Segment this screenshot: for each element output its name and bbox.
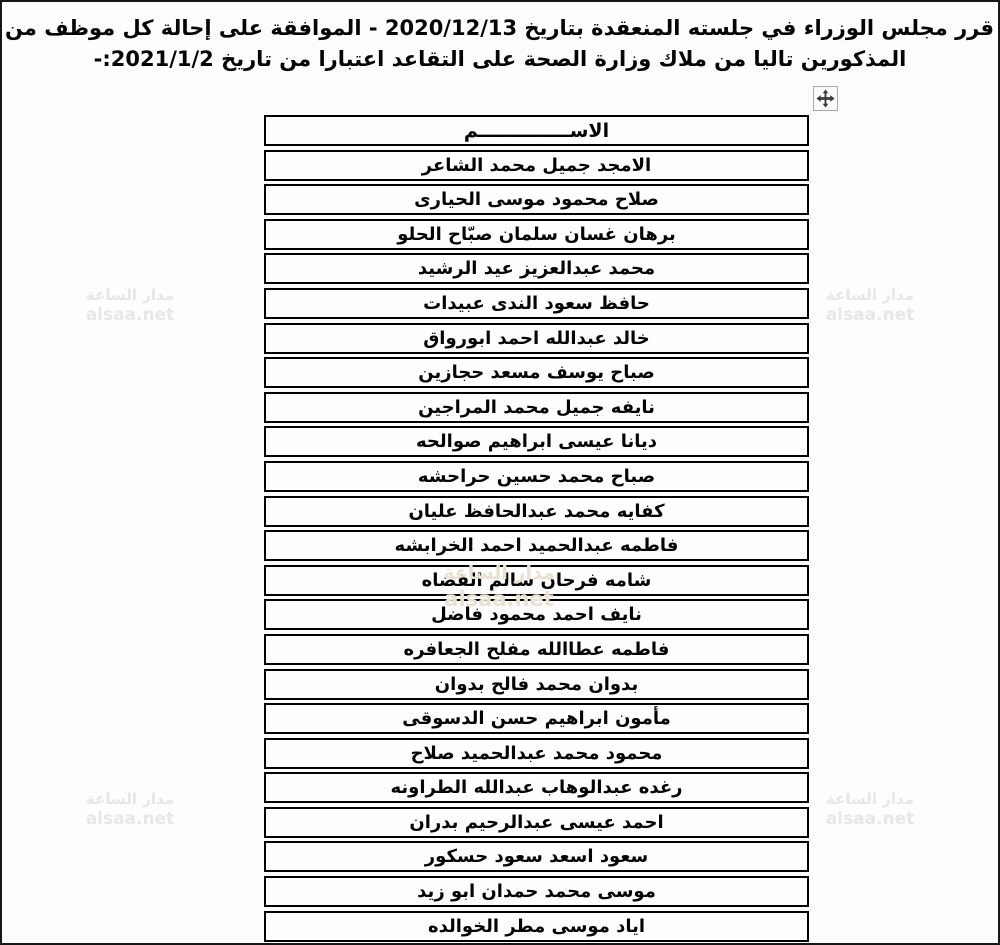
table-row: بدوان محمد فالح بدوان (264, 669, 809, 700)
table-row: فاطمه عبدالحميد احمد الخرابشه (264, 530, 809, 561)
table-row: نايف احمد محمود فاضل (264, 599, 809, 630)
table-row: اياد موسى مطر الخوالده (264, 911, 809, 942)
watermark: مدار الساعة alsaa.net (78, 285, 182, 325)
intro-line-2: المذكورين تاليا من ملاك وزارة الصحة على … (6, 44, 994, 75)
table-row: محمد عبدالعزيز عيد الرشيد (264, 253, 809, 284)
table-row: محمود محمد عبدالحميد صلاح (264, 738, 809, 769)
table-row: الامجد جميل محمد الشاعر (264, 150, 809, 181)
document-page: قرر مجلس الوزراء في جلسته المنعقدة بتاري… (0, 0, 1000, 945)
watermark-url-text: alsaa.net (818, 305, 922, 325)
move-arrows-icon (816, 89, 835, 108)
table-row: سعود اسعد سعود حسكور (264, 841, 809, 872)
table-row: حافظ سعود الندى عبيدات (264, 288, 809, 319)
watermark: مدار الساعة alsaa.net (818, 789, 922, 829)
table-row: ديانا عيسى ابراهيم صوالحه (264, 426, 809, 457)
intro-paragraph: قرر مجلس الوزراء في جلسته المنعقدة بتاري… (6, 13, 994, 75)
table-row: برهان غسان سلمان صبّاح الحلو (264, 219, 809, 250)
table-row: مأمون ابراهيم حسن الدسوقى (264, 703, 809, 734)
watermark-url-text: alsaa.net (78, 809, 182, 829)
table-row: صباح يوسف مسعد حجازين (264, 357, 809, 388)
table-header-name: الاســــــــــــــم (264, 115, 809, 146)
watermark-arabic-text: مدار الساعة (78, 285, 182, 305)
table-row: رغده عبدالوهاب عبدالله الطراونه (264, 772, 809, 803)
table-move-handle[interactable] (813, 86, 838, 111)
watermark: مدار الساعة alsaa.net (818, 285, 922, 325)
table-row: صلاح محمود موسى الحيارى (264, 184, 809, 215)
table-row: فاطمه عطاالله مفلح الجعافره (264, 634, 809, 665)
watermark-url-text: alsaa.net (78, 305, 182, 325)
watermark: مدار الساعة alsaa.net (78, 789, 182, 829)
table-row: احمد عيسى عبدالرحيم بدران (264, 807, 809, 838)
table-row: صباح محمد حسين حراحشه (264, 461, 809, 492)
watermark-arabic-text: مدار الساعة (818, 285, 922, 305)
table-row: كفايه محمد عبدالحافظ عليان (264, 496, 809, 527)
table-row: خالد عبدالله احمد ابورواق (264, 323, 809, 354)
watermark-arabic-text: مدار الساعة (818, 789, 922, 809)
intro-line-1: قرر مجلس الوزراء في جلسته المنعقدة بتاري… (6, 13, 994, 44)
table-row: نايفه جميل محمد المراجين (264, 392, 809, 423)
table-row: موسى محمد حمدان ابو زيد (264, 876, 809, 907)
watermark-url-text: alsaa.net (818, 809, 922, 829)
table-row: شامه فرحان سالم القضاه (264, 565, 809, 596)
watermark-arabic-text: مدار الساعة (78, 789, 182, 809)
names-table: الاســــــــــــــم الامجد جميل محمد الش… (264, 115, 809, 945)
